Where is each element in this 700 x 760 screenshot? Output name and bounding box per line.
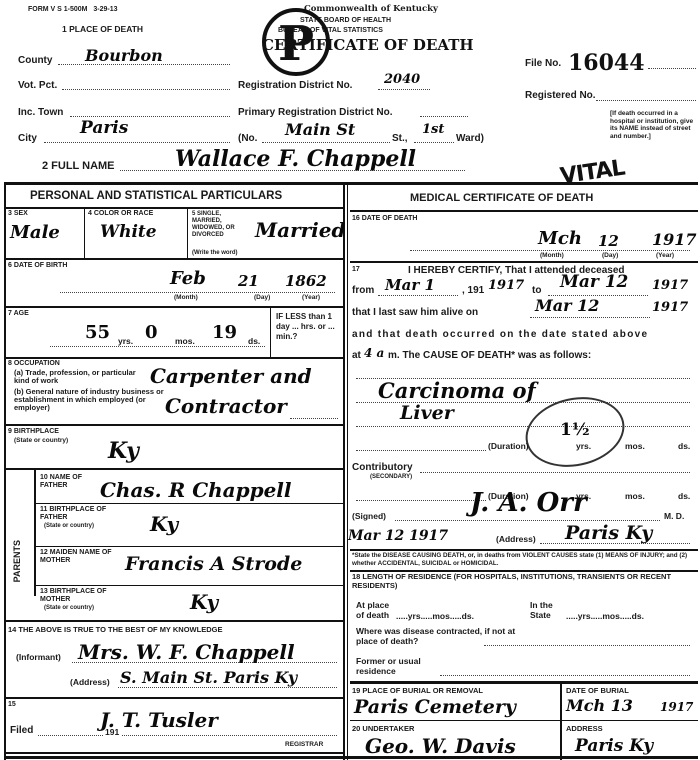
registrar-label: REGISTRAR <box>285 741 323 748</box>
dob-day-caption: (Day) <box>254 294 270 301</box>
rule <box>350 720 698 721</box>
age-field[interactable] <box>50 346 265 347</box>
in-state-label: In the State <box>530 600 560 620</box>
mother-birthplace-note: (State or country) <box>44 605 94 611</box>
last-saw-year: 1917 <box>652 300 688 315</box>
duration-label: (Duration) <box>488 441 529 451</box>
rule <box>35 503 343 504</box>
burial-date-label: DATE OF BURIAL <box>566 686 629 695</box>
age-label: 7 AGE <box>8 310 29 317</box>
duration-years: 1½ <box>560 420 590 440</box>
inc-town-field[interactable] <box>70 116 230 117</box>
ward-field[interactable] <box>414 142 454 143</box>
father-birthplace-label: 11 BIRTHPLACE OF FATHER <box>40 506 120 522</box>
where-contracted-label: Where was disease contracted, if not at … <box>356 626 526 646</box>
sex-label: 3 SEX <box>8 210 28 217</box>
primary-reg-field[interactable] <box>420 116 468 117</box>
county-value: Bourbon <box>85 46 163 65</box>
rule <box>4 207 343 209</box>
father-birthplace-value: Ky <box>150 512 178 536</box>
full-name-label: 2 FULL NAME <box>42 160 115 172</box>
dod-month: Mch <box>538 228 582 249</box>
to-year: 1917 <box>652 278 688 293</box>
file-number: 16044 <box>568 50 645 76</box>
registrar-seal-stamp: P <box>262 8 330 76</box>
from-year: 1917 <box>488 278 524 293</box>
rule <box>84 208 85 258</box>
if-less-label: IF LESS than 1 day ... hrs. or ... min.? <box>276 312 342 342</box>
at-place-of-death-label: At place of death <box>356 600 396 620</box>
rule <box>350 210 698 212</box>
ward-value: 1st <box>422 122 444 137</box>
contrib-mos-label: mos. <box>625 491 645 501</box>
occupation-b-value: Contractor <box>165 394 287 418</box>
yrs-label: yrs. <box>118 336 133 346</box>
center-divider-inner <box>347 182 348 760</box>
rule <box>4 258 343 260</box>
duration-field[interactable] <box>356 450 486 451</box>
signed-date: Mar 12 1917 <box>348 528 448 544</box>
file-no-label: File No. <box>525 58 561 69</box>
personal-section-title: PERSONAL AND STATISTICAL PARTICULARS <box>30 190 282 202</box>
informant-address-value: S. Main St. Paris Ky <box>120 668 297 687</box>
rule <box>34 470 36 596</box>
street-value: Main St <box>285 120 355 139</box>
from-date-field[interactable] <box>378 295 458 296</box>
left-border <box>4 182 6 760</box>
dod-year: 1917 <box>652 230 697 249</box>
registrar-field[interactable] <box>122 735 337 736</box>
rule <box>270 307 271 357</box>
full-name-value: Wallace F. Chappell <box>175 146 416 172</box>
vot-pct-label: Vot. Pct. <box>18 80 57 91</box>
commonwealth-heading: Commonwealth of Kentucky <box>304 4 438 14</box>
mother-birthplace-label: 13 BIRTHPLACE OF MOTHER <box>40 588 120 604</box>
duration-mos-label: mos. <box>625 441 645 451</box>
rule <box>560 683 562 760</box>
father-name-value: Chas. R Chappell <box>100 478 292 502</box>
former-residence-field[interactable] <box>440 675 690 676</box>
contributory-duration-field[interactable] <box>356 500 486 501</box>
rule <box>4 357 343 359</box>
registered-no-label: Registered No. <box>525 90 596 101</box>
cause-line-3-field[interactable] <box>356 426 690 427</box>
occupation-a-value: Carpenter and <box>150 364 312 388</box>
undertaker-address-label: ADDRESS <box>566 724 603 733</box>
father-name-label: 10 NAME OF FATHER <box>40 474 95 490</box>
rule <box>350 261 698 263</box>
birthplace-note: (State or country) <box>14 437 68 444</box>
in-state-units: .....yrs.....mos.....ds. <box>566 611 644 621</box>
informant-label: (Informant) <box>16 652 61 662</box>
dob-month-caption: (Month) <box>174 294 198 301</box>
dod-month-caption: (Month) <box>540 252 564 259</box>
duration-ds-label: ds. <box>678 441 690 451</box>
primary-reg-label: Primary Registration District No. <box>238 107 392 118</box>
undertaker-label: 20 UNDERTAKER <box>352 724 414 733</box>
at-label: at <box>352 350 361 361</box>
contributory-label: Contributory <box>352 462 413 473</box>
occurred-text: and that death occurred on the date stat… <box>352 329 648 340</box>
rule <box>4 468 343 470</box>
race-value: White <box>100 222 157 242</box>
burial-place-value: Paris Cemetery <box>354 696 516 718</box>
marital-value: Married <box>255 218 345 242</box>
vot-pct-field[interactable] <box>62 89 230 90</box>
informant-value: Mrs. W. F. Chappell <box>78 640 295 664</box>
informant-section-label: 14 THE ABOVE IS TRUE TO THE BEST OF MY K… <box>8 625 222 634</box>
rule <box>35 585 343 586</box>
mother-name-value: Francis A Strode <box>125 553 302 575</box>
parents-side-label: PARENTS <box>12 540 22 582</box>
rule <box>4 306 343 308</box>
cause-of-death-line-1: Carcinoma of <box>378 378 536 403</box>
place-of-death-label: 1 PLACE OF DEATH <box>62 24 143 34</box>
reg-district-field[interactable] <box>378 89 430 90</box>
where-contracted-field[interactable] <box>484 645 690 646</box>
informant-address-label: (Address) <box>70 677 110 687</box>
md-label: M. D. <box>664 511 684 521</box>
secondary-label: (SECONDARY) <box>370 474 412 480</box>
death-time: 4 a <box>364 346 384 360</box>
father-birthplace-note: (State or country) <box>44 523 94 529</box>
mother-name-label: 12 MAIDEN NAME OF MOTHER <box>40 549 125 565</box>
rule <box>4 752 343 754</box>
race-label: 4 COLOR OR RACE <box>88 210 153 217</box>
county-label: County <box>18 55 52 66</box>
cert-number: 17 <box>352 266 360 273</box>
dob-label: 6 DATE OF BIRTH <box>8 262 67 269</box>
at-place-units: .....yrs.....mos.....ds. <box>396 611 474 621</box>
ward-label: Ward) <box>456 133 484 144</box>
from-label: from <box>352 285 374 296</box>
cause-footnote: *State the DISEASE CAUSING DEATH, or, in… <box>352 552 696 567</box>
dod-label: 16 DATE OF DEATH <box>352 215 417 222</box>
dob-field[interactable] <box>60 292 335 293</box>
street-field[interactable] <box>262 142 390 143</box>
last-saw-field[interactable] <box>530 317 650 318</box>
occupation-a-label: (a) Trade, profession, or particular kin… <box>14 369 149 385</box>
rule <box>350 549 698 551</box>
dob-day: 21 <box>238 272 259 290</box>
city-label: City <box>18 133 37 144</box>
mother-birthplace-value: Ky <box>190 590 218 614</box>
hospital-note: [If death occurred in a hospital or inst… <box>610 110 698 140</box>
physician-address-value: Paris Ky <box>565 522 652 544</box>
residence-label: 18 LENGTH OF RESIDENCE (FOR HOSPITALS, I… <box>352 573 696 590</box>
rule <box>4 620 343 622</box>
physician-signature: J. A. Orr <box>470 488 587 518</box>
signature-field[interactable] <box>395 520 660 521</box>
contrib-ds-label: ds. <box>678 491 690 501</box>
undertaker-address-value: Paris Ky <box>575 736 653 756</box>
occupation-b-label: (b) General nature of industry business … <box>14 388 174 412</box>
rule <box>187 208 188 258</box>
dob-month: Feb <box>170 268 206 289</box>
burial-year: 1917 <box>660 700 693 714</box>
dod-day: 12 <box>598 232 619 250</box>
cause-heading: m. The CAUSE OF DEATH* was as follows: <box>388 350 591 361</box>
medical-section-title: MEDICAL CERTIFICATE OF DEATH <box>410 192 593 204</box>
dob-year: 1862 <box>285 272 327 290</box>
reg-district-value: 2040 <box>384 72 420 87</box>
informant-address-field[interactable] <box>118 687 337 688</box>
city-field[interactable] <box>44 142 230 143</box>
filing-number: 15 <box>8 701 16 708</box>
seal-letter: P <box>266 16 326 72</box>
ds-label: ds. <box>248 336 260 346</box>
sex-value: Male <box>10 222 60 243</box>
dod-field[interactable] <box>410 250 690 251</box>
last-saw-date: Mar 12 <box>535 296 599 315</box>
st-label: St., <box>392 133 408 144</box>
rule <box>35 546 343 547</box>
age-years: 55 <box>85 322 110 343</box>
filed-date-field[interactable] <box>38 735 103 736</box>
age-days: 19 <box>212 322 237 343</box>
rule <box>350 681 698 684</box>
last-saw-label: that I last saw him alive on <box>352 307 478 318</box>
duration-yrs-label: yrs. <box>576 441 591 451</box>
inc-town-label: Inc. Town <box>18 107 63 118</box>
reg-district-label: Registration District No. <box>238 80 352 91</box>
birthplace-value: Ky <box>108 438 139 464</box>
file-no-dots <box>648 68 696 69</box>
age-months: 0 <box>145 322 158 343</box>
rule <box>4 697 343 699</box>
bottom-border <box>4 756 698 759</box>
dod-day-caption: (Day) <box>602 252 618 259</box>
mos-label: mos. <box>175 336 195 346</box>
marital-label: 5 SINGLE, MARRIED, WIDOWED, OR DIVORCED <box>192 211 250 239</box>
center-divider <box>343 182 345 760</box>
street-no-label: (No. <box>238 133 257 144</box>
occupation-label: 8 OCCUPATION <box>8 360 60 367</box>
burial-place-label: 19 PLACE OF BURIAL OR REMOVAL <box>352 686 483 695</box>
undertaker-value: Geo. W. Davis <box>365 734 516 758</box>
physician-address-label: (Address) <box>496 534 536 544</box>
former-residence-label: Former or usual residence <box>356 656 446 676</box>
dob-year-caption: (Year) <box>302 294 320 301</box>
registered-no-field[interactable] <box>596 100 696 101</box>
marital-note: (Write the word) <box>192 250 238 256</box>
to-label: to <box>532 285 541 296</box>
city-value: Paris <box>80 118 128 138</box>
filed-label: Filed <box>10 725 33 736</box>
dod-year-caption: (Year) <box>656 252 674 259</box>
cause-of-death-line-2: Liver <box>400 402 454 424</box>
registrar-signature: J. T. Tusler <box>100 708 218 732</box>
from-date: Mar 1 <box>385 276 435 294</box>
occupation-b-field[interactable] <box>290 418 338 419</box>
to-date: Mar 12 <box>560 272 628 292</box>
form-number: FORM V S 1-500M 3-29-13 <box>28 6 118 13</box>
burial-date-value: Mch 13 <box>566 696 633 715</box>
birthplace-label: 9 BIRTHPLACE <box>8 428 59 435</box>
contributory-field[interactable] <box>420 472 690 473</box>
signed-label: (Signed) <box>352 511 386 521</box>
rule <box>4 424 343 426</box>
